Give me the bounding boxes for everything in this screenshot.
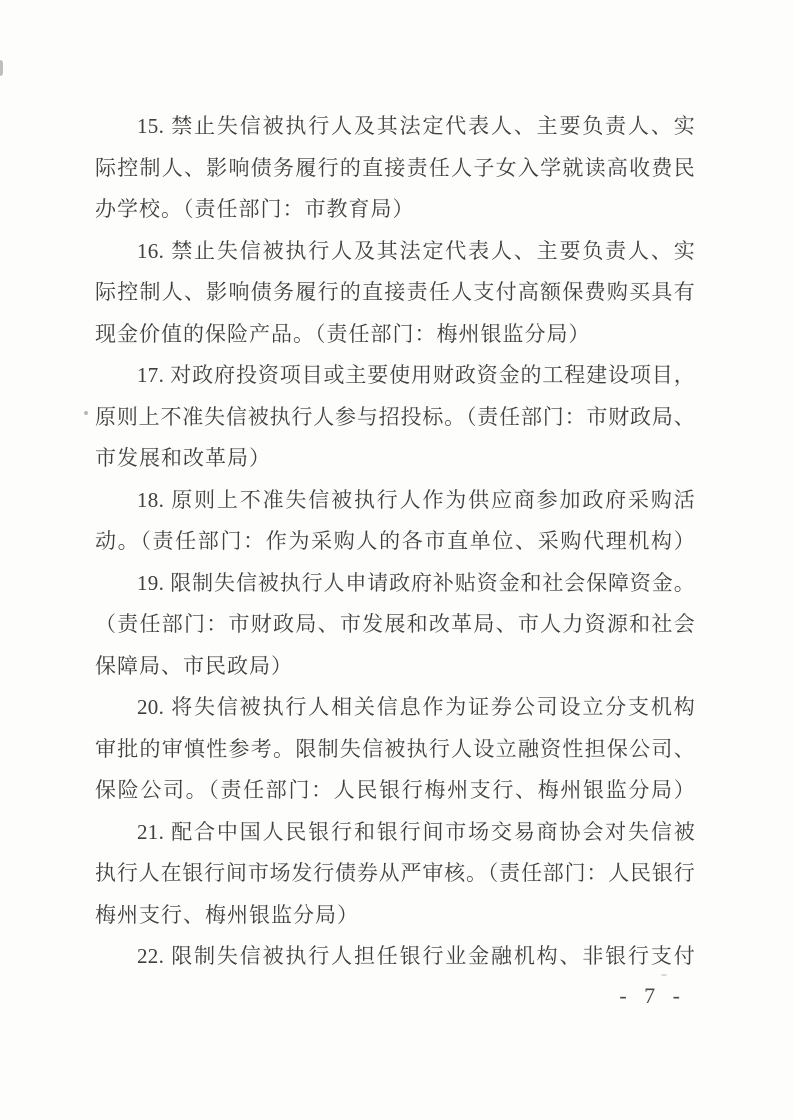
text-line: 梅州支行、梅州银监分局） [95,895,695,937]
page-number: - 7 - [619,982,686,1010]
list-item-19: 19. 限制失信被执行人申请政府补贴资金和社会保障资金。 （责任部门：市财政局、… [95,563,695,688]
scan-edge-mark [0,60,3,76]
list-item-22: 22. 限制失信被执行人担任银行业金融机构、非银行支付 [95,936,695,978]
text-line: 执行人在银行间市场发行债券从严审核。（责任部门：人民银行 [95,853,695,895]
text-line: 20. 将失信被执行人相关信息作为证券公司设立分支机构 [95,687,695,729]
text-line: 市发展和改革局） [95,438,695,480]
scan-speck [84,411,88,415]
document-body: 15. 禁止失信被执行人及其法定代表人、主要负责人、实 际控制人、影响债务履行的… [95,106,695,978]
list-item-15: 15. 禁止失信被执行人及其法定代表人、主要负责人、实 际控制人、影响债务履行的… [95,106,695,231]
text-line: 18. 原则上不准失信被执行人作为供应商参加政府采购活 [95,480,695,522]
list-item-18: 18. 原则上不准失信被执行人作为供应商参加政府采购活 动。（责任部门：作为采购… [95,480,695,563]
list-item-21: 21. 配合中国人民银行和银行间市场交易商协会对失信被 执行人在银行间市场发行债… [95,812,695,937]
text-line: 15. 禁止失信被执行人及其法定代表人、主要负责人、实 [95,106,695,148]
text-line: 17. 对政府投资项目或主要使用财政资金的工程建设项目， [95,355,695,397]
text-line: 16. 禁止失信被执行人及其法定代表人、主要负责人、实 [95,231,695,273]
text-line: 审批的审慎性参考。限制失信被执行人设立融资性担保公司、 [95,729,695,771]
text-line: 22. 限制失信被执行人担任银行业金融机构、非银行支付 [95,936,695,978]
text-line: 19. 限制失信被执行人申请政府补贴资金和社会保障资金。 [95,563,695,605]
document-page: 15. 禁止失信被执行人及其法定代表人、主要负责人、实 际控制人、影响债务履行的… [0,0,794,1120]
text-line: 原则上不准失信被执行人参与招投标。（责任部门：市财政局、 [95,397,695,439]
text-line: 保障局、市民政局） [95,646,695,688]
text-line: 办学校。（责任部门：市教育局） [95,189,695,231]
text-line: 际控制人、影响债务履行的直接责任人支付高额保费购买具有 [95,272,695,314]
text-line: 动。（责任部门：作为采购人的各市直单位、采购代理机构） [95,521,695,563]
text-line: 现金价值的保险产品。（责任部门：梅州银监分局） [95,314,695,356]
text-line: 保险公司。（责任部门：人民银行梅州支行、梅州银监分局） [95,770,695,812]
list-item-17: 17. 对政府投资项目或主要使用财政资金的工程建设项目， 原则上不准失信被执行人… [95,355,695,480]
text-line: （责任部门：市财政局、市发展和改革局、市人力资源和社会 [95,604,695,646]
text-line: 际控制人、影响债务履行的直接责任人子女入学就读高收费民 [95,148,695,190]
text-line: 21. 配合中国人民银行和银行间市场交易商协会对失信被 [95,812,695,854]
list-item-20: 20. 将失信被执行人相关信息作为证券公司设立分支机构 审批的审慎性参考。限制失… [95,687,695,812]
list-item-16: 16. 禁止失信被执行人及其法定代表人、主要负责人、实 际控制人、影响债务履行的… [95,231,695,356]
